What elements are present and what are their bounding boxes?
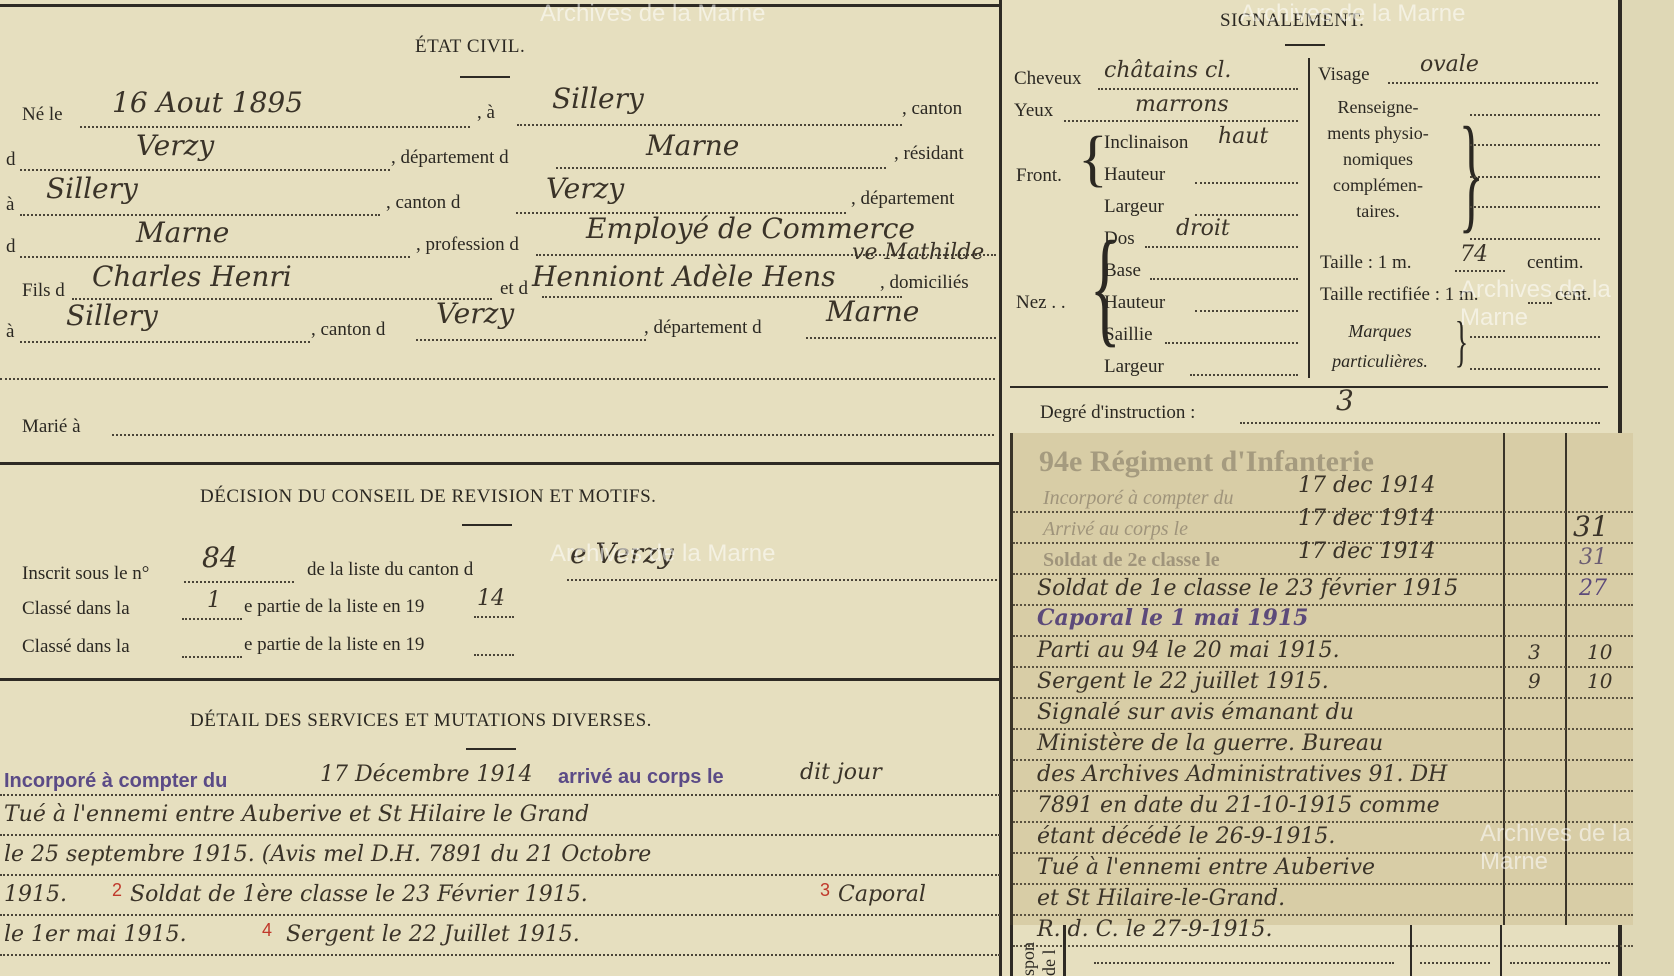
- liste-field: [567, 579, 997, 581]
- front-inclinaison-label: Inclinaison: [1104, 132, 1188, 154]
- classe-row-2: Classé dans la e partie de la liste en 1…: [22, 628, 722, 664]
- detail-text-3: le 25 septembre 1915. (Avis mel D.H. 789…: [4, 842, 651, 867]
- yeux-field: [1064, 120, 1298, 122]
- decision-title-underline: [462, 524, 512, 526]
- bottom-col-divider: [1410, 925, 1412, 976]
- detail-text-2: Tué à l'ennemi entre Auberive et St Hila…: [4, 802, 589, 827]
- nez-saillie-field: [1165, 342, 1298, 344]
- residant-label: , résidant: [894, 143, 964, 165]
- canton-label-3: , canton d: [311, 319, 385, 341]
- bottom-field-1: [1094, 962, 1394, 964]
- signalement-divider: [1010, 386, 1608, 388]
- profession-row: d Marne , profession d Employé de Commer…: [6, 220, 996, 260]
- watermark-1: Archives de la Marne: [540, 0, 765, 28]
- slip-row-col1: 9: [1528, 669, 1541, 693]
- yeux-value: marrons: [1135, 92, 1229, 117]
- detail-dotted-5: [0, 954, 1000, 956]
- liste-label: de la liste du canton d: [307, 559, 473, 581]
- renseignements-label: Renseigne- ments physio- nomiques complé…: [1318, 94, 1438, 224]
- classe-part-value: 1: [207, 588, 221, 613]
- nez-dos-field: [1145, 246, 1298, 248]
- detail-text-4a: 1915.: [4, 882, 67, 907]
- profession-label: , profession d: [416, 234, 519, 256]
- detail-dotted-4: [0, 914, 1000, 916]
- taille-label: Taille : 1 m.: [1320, 252, 1412, 274]
- degre-label: Degré d'instruction :: [1040, 402, 1195, 424]
- inscrit-row: Inscrit sous le n° 84 de la liste du can…: [22, 545, 997, 585]
- slip-row-hand: Parti au 94 le 20 mai 1915.: [1037, 638, 1340, 663]
- detail-text-4b: Soldat de 1ère classe le 23 Février 1915…: [130, 882, 588, 907]
- bottom-field-2: [1420, 962, 1490, 964]
- departement-field: [556, 167, 886, 169]
- bottom-col-divider-2: [1500, 925, 1502, 976]
- slip-row-hand: et St Hilaire-le-Grand.: [1037, 886, 1285, 911]
- canton-value-2: Verzy: [546, 172, 624, 205]
- slip-row: 7891 en date du 21-10-1915 comme: [1013, 791, 1633, 822]
- partie-label-2: e partie de la liste en 19: [244, 634, 424, 656]
- slip-row: Ministère de la guerre. Bureau: [1013, 729, 1633, 760]
- slip-row: R. d. C. le 27-9-1915.: [1013, 915, 1633, 946]
- a-label-2: à: [6, 194, 14, 216]
- etat-civil-title: ÉTAT CIVIL.: [415, 36, 525, 58]
- slip-row-col2: 10: [1587, 669, 1612, 693]
- top-border: [0, 4, 1000, 7]
- yeux-label: Yeux: [1014, 100, 1053, 122]
- nez-base-label: Base: [1104, 260, 1141, 282]
- cheveux-label: Cheveux: [1014, 68, 1082, 90]
- classe-label: Classé dans la: [22, 598, 130, 620]
- slip-row-hand: Tué à l'ennemi entre Auberive: [1037, 855, 1375, 880]
- classe-part-field-2: [182, 656, 242, 658]
- departement-label: , département d: [391, 147, 509, 169]
- slip-row-printed: Soldat de 2e classe le: [1043, 549, 1220, 572]
- slip-row-hand: R. d. C. le 27-9-1915.: [1037, 917, 1273, 942]
- slip-row: Sergent le 22 juillet 1915. 9 10: [1013, 667, 1633, 698]
- departement-field-3: [806, 337, 996, 339]
- canton-label-2: , canton d: [386, 192, 460, 214]
- nez-base-field: [1150, 278, 1298, 280]
- slip-row-hand: Soldat de 1e classe le 23 février 1915: [1037, 576, 1458, 601]
- detail-line-5: le 1er mai 1915. 4 Sergent le 22 Juillet…: [0, 920, 1000, 956]
- nez-dos-label: Dos: [1104, 228, 1135, 250]
- nez-largeur-label: Largeur: [1104, 356, 1164, 378]
- detail-annotation-2: 2: [112, 880, 122, 901]
- departement-value-3: Marne: [826, 295, 919, 328]
- front-label: Front.: [1016, 165, 1062, 187]
- slip-row: et St Hilaire-le-Grand.: [1013, 884, 1633, 915]
- a-label: , à: [477, 102, 495, 124]
- bottom-field-3: [1510, 962, 1610, 964]
- marques-field-2: [1470, 368, 1600, 370]
- departement-label-2: , département: [851, 188, 954, 210]
- slip-row: Signalé sur avis émanant du: [1013, 698, 1633, 729]
- domicile-field: [20, 341, 310, 343]
- section-divider-1: [0, 462, 1000, 465]
- fils-label: Fils d: [22, 280, 65, 302]
- birth-date-field: [80, 126, 470, 128]
- slip-row: Soldat de 1e classe le 23 février 1915 2…: [1013, 574, 1633, 605]
- nez-label: Nez . .: [1016, 292, 1066, 314]
- inscrit-value: 84: [202, 541, 238, 574]
- classe-label-2: Classé dans la: [22, 636, 130, 658]
- birth-place-value: Sillery: [552, 82, 644, 115]
- visage-field: [1388, 82, 1598, 84]
- canton-row: d Verzy , département d Marne , résidant: [6, 135, 996, 175]
- detail-dotted-1: [0, 794, 1000, 796]
- front-hauteur-field: [1195, 182, 1298, 184]
- nez-largeur-field: [1190, 374, 1298, 376]
- blank-line: [0, 378, 995, 380]
- watermark-2: Archives de la Marne: [1240, 0, 1465, 28]
- slip-row-hand: étant décédé le 26-9-1915.: [1037, 824, 1335, 849]
- marie-label: Marié à: [22, 416, 81, 438]
- d-label: d: [6, 149, 16, 171]
- slip-row: Soldat de 2e classe le 17 dec 1914 31: [1013, 543, 1633, 574]
- detail-text-5a: le 1er mai 1915.: [4, 922, 187, 947]
- canton-label: , canton: [902, 98, 962, 120]
- slip-row-col1: 3: [1528, 640, 1541, 664]
- decision-title: DÉCISION DU CONSEIL DE REVISION ET MOTIF…: [200, 486, 656, 508]
- classe-year-value: 14: [477, 586, 505, 611]
- nez-hauteur-label: Hauteur: [1104, 292, 1165, 314]
- departement-label-3: , département d: [644, 317, 762, 339]
- section-divider-2: [0, 678, 1000, 681]
- residence-value: Sillery: [46, 172, 138, 205]
- slip-row-col2: 31: [1579, 545, 1607, 570]
- signalement-title-underline: [1285, 44, 1325, 46]
- slip-row: Caporal le 1 mai 1915: [1013, 605, 1633, 636]
- taille-unit: centim.: [1527, 252, 1583, 274]
- detail-title-underline: [466, 748, 516, 750]
- detail-line-4: 1915. 2 Soldat de 1ère classe le 23 Févr…: [0, 880, 1000, 916]
- inscrit-label: Inscrit sous le n°: [22, 563, 149, 585]
- renseignements-field-4: [1470, 206, 1600, 208]
- visage-value: ovale: [1420, 52, 1479, 77]
- renseignements-field-5: [1470, 238, 1600, 240]
- degre-value: 3: [1336, 384, 1354, 417]
- title-underline: [460, 76, 510, 78]
- detail-dotted-2: [0, 834, 1000, 836]
- watermark-5: Archives de la Marne: [1480, 820, 1674, 876]
- marques-label: Marques particulières.: [1320, 316, 1440, 376]
- classe-year-field: [474, 616, 514, 618]
- a-label-3: à: [6, 321, 14, 343]
- d-label-3: d: [6, 236, 16, 258]
- cheveux-value: châtains cl.: [1104, 58, 1231, 83]
- birth-place-field: [517, 124, 902, 126]
- nez-saillie-label: Saillie: [1104, 324, 1153, 346]
- departement-value: Marne: [646, 129, 739, 162]
- renseignements-field-3: [1470, 176, 1600, 178]
- nez-dos-value: droit: [1176, 216, 1230, 241]
- taille-field: [1455, 270, 1505, 272]
- slip-row-hand: Ministère de la guerre. Bureau: [1037, 731, 1383, 756]
- marques-field-1: [1470, 336, 1600, 338]
- nez-hauteur-field: [1195, 310, 1298, 312]
- stamp-arrive: arrivé au corps le: [558, 766, 724, 789]
- slip-row-hand: des Archives Administratives 91. DH: [1037, 762, 1447, 787]
- visage-label: Visage: [1318, 64, 1370, 86]
- degre-field: [1240, 422, 1600, 424]
- stamp-incorpore: Incorporé à compter du: [4, 770, 227, 793]
- watermark-4: Archives de la Marne: [1460, 276, 1674, 332]
- slip-row-hand: 17 dec 1914: [1298, 473, 1435, 498]
- slip-row-hand: Signalé sur avis émanant du: [1037, 700, 1354, 725]
- father-value: Charles Henri: [92, 260, 292, 293]
- mother-value: Henniont Adèle Hens: [532, 260, 836, 293]
- canton-value-3: Verzy: [436, 297, 514, 330]
- slip-row-line: [1013, 945, 1633, 947]
- detail-line-3: le 25 septembre 1915. (Avis mel D.H. 789…: [0, 840, 1000, 876]
- taille-rectifiee-label: Taille rectifiée : 1 m.: [1320, 284, 1479, 306]
- slip-row-printed: Arrivé au corps le: [1043, 518, 1188, 541]
- detail-line-2: Tué à l'ennemi entre Auberive et St Hila…: [0, 800, 1000, 836]
- slip-row-printed: Incorporé à compter du: [1043, 487, 1234, 510]
- slip-row-hand: 7891 en date du 21-10-1915 comme: [1037, 793, 1440, 818]
- classe-part-field: [182, 618, 242, 620]
- renseignements-brace-icon: }: [1459, 108, 1484, 238]
- domicile-row: à Sillery , canton d Verzy , département…: [6, 305, 996, 345]
- slip-row-col2: 31: [1573, 510, 1609, 543]
- detail-dotted-3: [0, 874, 1000, 876]
- slip-row-hand: Sergent le 22 juillet 1915.: [1037, 669, 1329, 694]
- detail-line-1: Incorporé à compter du 17 Décembre 1914 …: [0, 760, 1000, 796]
- signalement-col-divider: [1308, 58, 1310, 378]
- detail-title: DÉTAIL DES SERVICES ET MUTATIONS DIVERSE…: [190, 710, 652, 732]
- ne-le-label: Né le: [22, 104, 63, 126]
- front-hauteur-label: Hauteur: [1104, 164, 1165, 186]
- detail-text-5b: Sergent le 22 Juillet 1915.: [286, 922, 580, 947]
- canton-value: Verzy: [136, 129, 214, 162]
- departement-value-2: Marne: [136, 216, 229, 249]
- classe-row-1: Classé dans la 1 e partie de la liste en…: [22, 590, 722, 626]
- classe-year-field-2: [474, 654, 514, 656]
- marie-field: [112, 434, 994, 436]
- partie-label: e partie de la liste en 19: [244, 596, 424, 618]
- slip-row: Parti au 94 le 20 mai 1915. 3 10: [1013, 636, 1633, 667]
- inscrit-field: [184, 581, 294, 583]
- mother-extra-value: ve Mathilde: [852, 240, 984, 265]
- bottom-frame-left: [1010, 925, 1013, 976]
- bottom-vertical-text: spon de l: [1018, 932, 1060, 976]
- cheveux-field: [1098, 88, 1298, 90]
- birth-row: Né le 16 Aout 1895 , à Sillery , canton: [22, 90, 992, 130]
- domicile-value: Sillery: [66, 299, 158, 332]
- slip-row-hand: 17 dec 1914: [1298, 506, 1435, 531]
- detail-annotation-4: 4: [262, 920, 272, 941]
- taille-value: 74: [1460, 242, 1488, 267]
- detail-text-4c: Caporal: [838, 882, 926, 907]
- departement-field-2: [20, 256, 410, 258]
- incorpore-date: 17 Décembre 1914: [320, 762, 532, 787]
- domicilies-label: , domiciliés: [880, 272, 969, 294]
- front-inclinaison-value: haut: [1218, 124, 1268, 149]
- slip-row-col2: 27: [1579, 576, 1607, 601]
- watermark-3: Archives de la Marne: [550, 540, 775, 568]
- bottom-frame-inner: [1063, 925, 1066, 976]
- canton-field-3: [416, 339, 646, 341]
- slip-row: des Archives Administratives 91. DH: [1013, 760, 1633, 791]
- renseignements-field-2: [1470, 144, 1600, 146]
- slip-row-hand: 17 dec 1914: [1298, 539, 1435, 564]
- birth-date-value: 16 Aout 1895: [112, 86, 303, 119]
- slip-row-hand: Caporal le 1 mai 1915: [1037, 605, 1308, 631]
- slip-row-col2: 10: [1587, 640, 1612, 664]
- canton-field: [20, 169, 390, 171]
- detail-annotation-3: 3: [820, 880, 830, 901]
- arrive-date: dit jour: [800, 760, 882, 785]
- renseignements-field-1: [1470, 114, 1600, 116]
